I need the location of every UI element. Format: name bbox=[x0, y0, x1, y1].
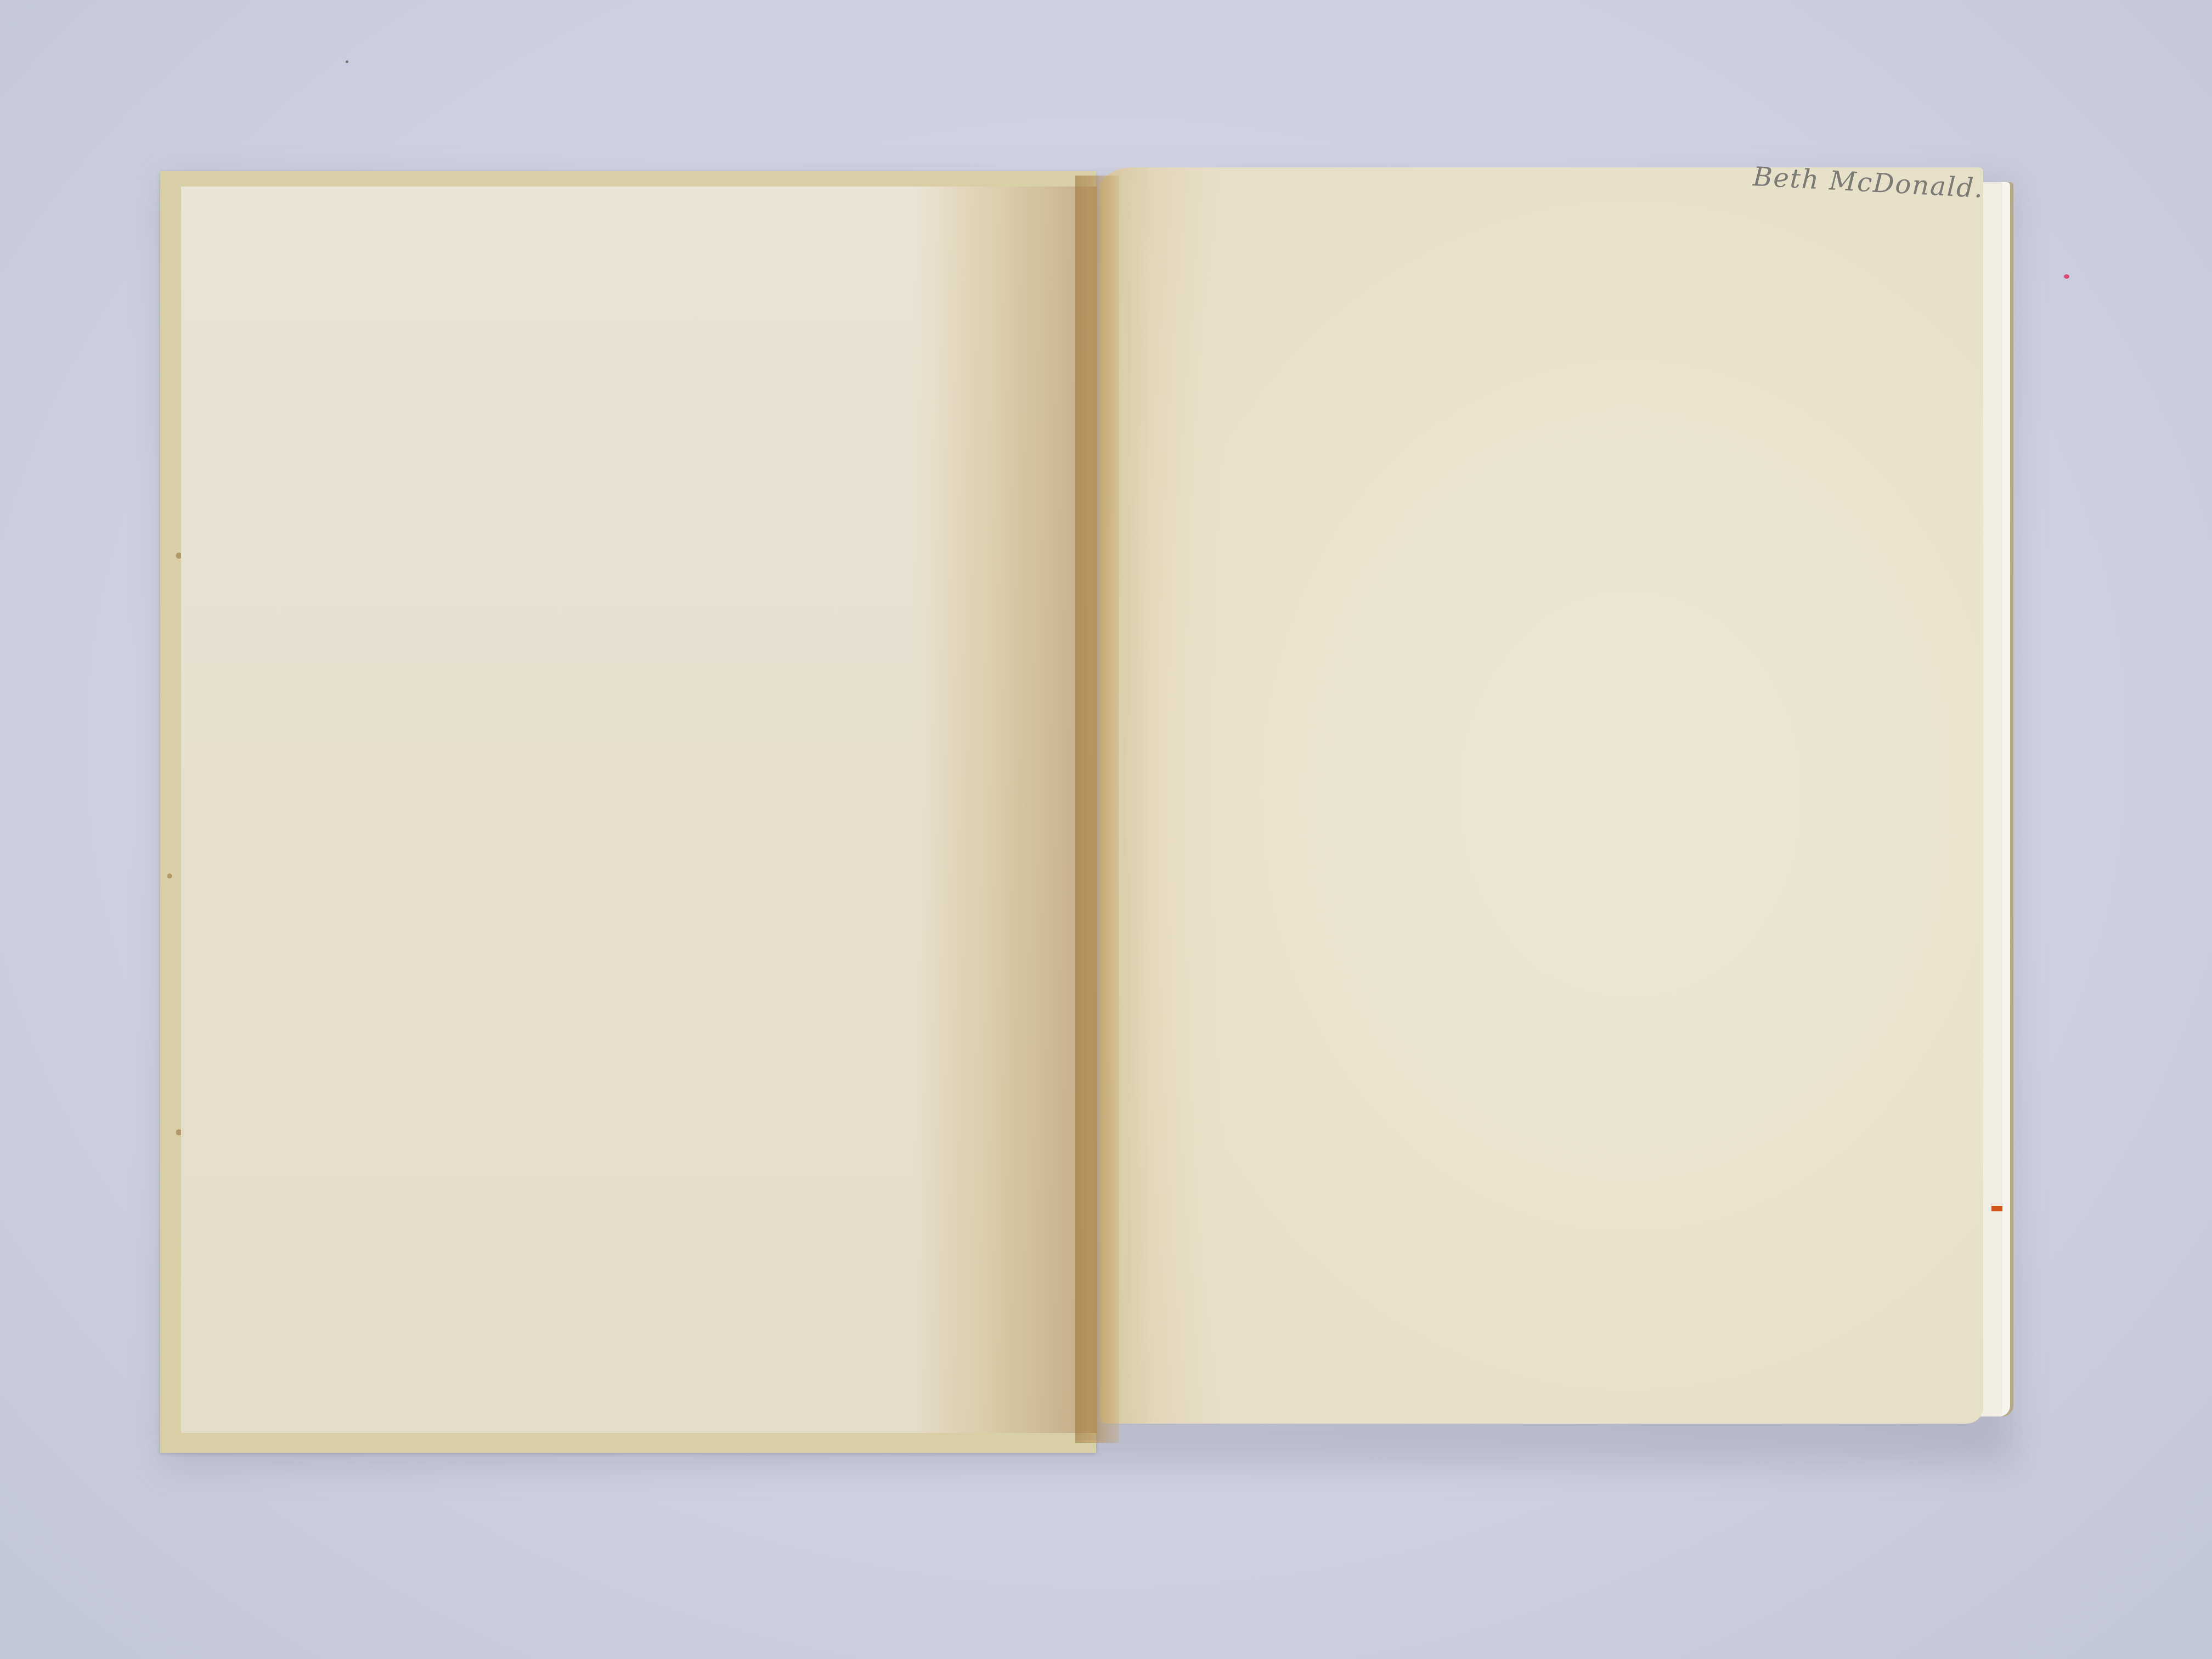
orange-tab-mark bbox=[1991, 1206, 2002, 1211]
dust-speck bbox=[346, 60, 348, 63]
left-endpaper bbox=[181, 187, 1097, 1433]
pink-speck bbox=[2064, 274, 2069, 279]
right-flyleaf bbox=[1100, 167, 1983, 1424]
gutter-stain bbox=[1075, 176, 1119, 1443]
